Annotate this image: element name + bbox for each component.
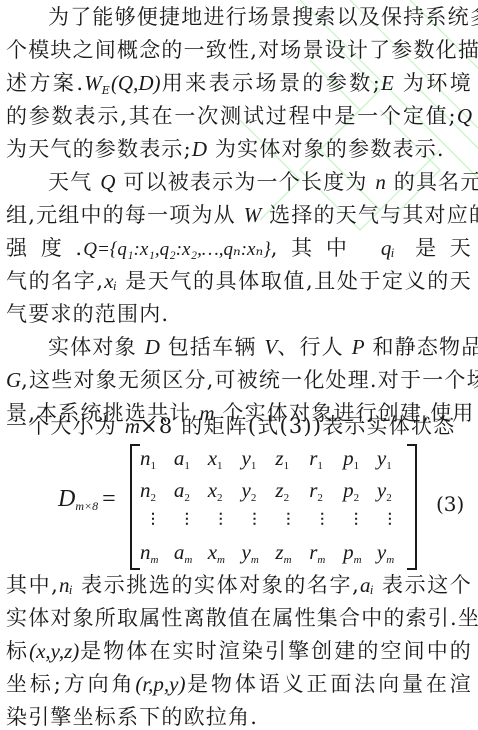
left-bracket <box>130 444 140 570</box>
text-line: G,这些对象无须区分,可被统一化处理.对于一个场 <box>6 364 472 397</box>
text-line: 坐标;方向角(r,p,y)是物体语义正面法向量在渲 <box>6 668 472 701</box>
text-line: 实体对象所取属性离散值在属性集合中的索引.坐 <box>6 602 472 635</box>
text-line: 为了能够便捷地进行场景搜索以及保持系统多 <box>6 1 472 34</box>
text-line: 其中,nᵢ 表示挑选的实体对象的名字,aᵢ 表示这个 <box>6 569 472 602</box>
text-line: 述方案.WE(Q,D)用来表示场景的参数;E 为环境 <box>6 67 472 100</box>
matrix-equation: Dm×8= n1 a1 x1 y1 z1 r1 p1 y1 n2 a2 x2 y… <box>0 440 478 570</box>
matrix-row: n1 a1 x1 y1 z1 r1 p1 y1 <box>140 446 410 472</box>
text-line: 为天气的参数表示;D 为实体对象的参数表示. <box>6 133 472 166</box>
text-line: 强度.Q={q₁:x₁,q₂:x₂,…,qₙ:xₙ},其中 qᵢ 是天 <box>6 232 472 265</box>
text-line: 天气 Q 可以被表示为一个长度为 n 的具名元 <box>6 166 472 199</box>
text-line: 标(x,y,z)是物体在实时渲染引擎创建的空间中的 <box>6 635 472 668</box>
matrix-row: n2 a2 x2 y2 z2 r2 p2 y2 <box>140 478 410 504</box>
text-line: 的参数表示,其在一次测试过程中是一个定值;Q <box>6 100 472 133</box>
text-line: 染引擎坐标系下的欧拉角. <box>6 701 472 730</box>
text-line: 实体对象 D 包括车辆 V、行人 P 和静态物品 <box>6 331 472 364</box>
matrix-row-vdots: ⋮ ⋮ ⋮ ⋮ ⋮ ⋮ ⋮ ⋮ <box>140 504 410 529</box>
text-line: 组,元组中的每一项为从 W 选择的天气与其对应的 <box>6 199 472 232</box>
matrix-row: nm am xm ym zm rm pm ym <box>140 540 410 566</box>
equation-number: (3) <box>436 492 464 516</box>
equation-lhs: Dm×8= <box>58 486 116 514</box>
text-line: 一个大小为 m×8 的矩阵(式(3))表示实体状态 <box>6 410 472 443</box>
text-line: 气要求的范围内. <box>6 298 472 331</box>
text-line: 气的名字,xᵢ 是天气的具体取值,且处于定义的天 <box>6 265 472 298</box>
text-line: 个模块之间概念的一致性,对场景设计了参数化描 <box>6 34 472 67</box>
